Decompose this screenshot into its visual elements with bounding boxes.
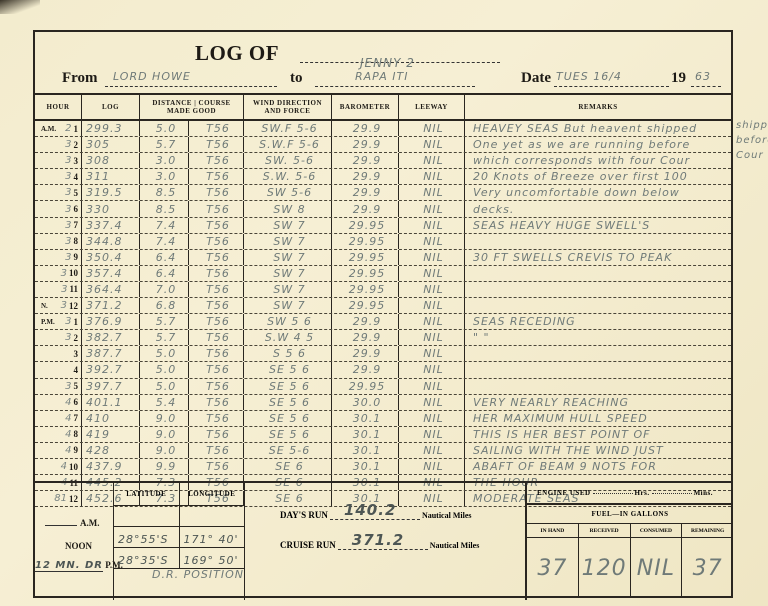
leeway-cell: NIL [399, 395, 465, 410]
margin-note: shipped [736, 120, 768, 131]
distance-cell: 5.0 [140, 346, 189, 361]
page-corner-shadow [0, 0, 40, 14]
hour-cell: 3 10 [35, 266, 82, 281]
barometer-cell: 29.9 [332, 362, 399, 377]
leeway-cell: NIL [399, 234, 465, 249]
log-cell: 419 [82, 427, 140, 442]
course-cell: T56 [189, 201, 244, 216]
position-table: LATITUDE LONGITUDE 28°55'S 171° 40' 28°3… [113, 483, 245, 600]
margin-note: before [736, 135, 768, 146]
hour-cell: 3 2 [35, 330, 82, 345]
vessel-name: JENNY 2 [360, 56, 415, 70]
table-row: P.M. 3 1 376.9 5.7 T56 SW 5 6 29.9 NIL S… [35, 314, 731, 330]
course-cell: T56 [189, 346, 244, 361]
leeway-cell: NIL [399, 411, 465, 426]
distance-cell: 3.0 [140, 169, 189, 184]
table-row: 3 6 330 8.5 T56 SW 8 29.9 NIL decks. [35, 201, 731, 217]
table-row: 3 2 382.7 5.7 T56 S.W 4 5 29.9 NIL " " [35, 330, 731, 346]
leeway-cell: NIL [399, 185, 465, 200]
distance-cell: 6.4 [140, 250, 189, 265]
table-row: N. 3 12 371.2 6.8 T56 SW 7 29.95 NIL [35, 298, 731, 314]
course-cell: T56 [189, 153, 244, 168]
log-cell: 311 [82, 169, 140, 184]
hour-cell: 3 11 [35, 282, 82, 297]
wind-cell: SW 7 [244, 218, 332, 233]
leeway-cell: NIL [399, 250, 465, 265]
table-row: 3 11 364.4 7.0 T56 SW 7 29.95 NIL [35, 282, 731, 298]
position-row-noon: 28°55'S 171° 40' [114, 527, 244, 548]
leeway-cell: NIL [399, 282, 465, 297]
remarks-cell: which corresponds with four Cour [465, 153, 731, 168]
table-row: 4 7 410 9.0 T56 SE 5 6 30.1 NIL HER MAXI… [35, 411, 731, 427]
hour-cell: P.M. 3 1 [35, 314, 82, 329]
wind-cell: S.W. 5-6 [244, 169, 332, 184]
table-row: 4 10 437.9 9.9 T56 SE 6 30.1 NIL ABAFT O… [35, 459, 731, 475]
distance-cell: 5.7 [140, 330, 189, 345]
distance-cell: 9.0 [140, 427, 189, 442]
remarks-cell: THIS IS HER BEST POINT OF [465, 427, 731, 442]
barometer-cell: 29.95 [332, 250, 399, 265]
hour-cell: 4 10 [35, 459, 82, 474]
table-body: A.M. 2 1 299.3 5.0 T56 SW.F 5-6 29.9 NIL… [35, 121, 731, 507]
leeway-cell: NIL [399, 298, 465, 313]
distance-cell: 6.8 [140, 298, 189, 313]
remarks-cell: HEAVEY SEAS But heavent shipped [465, 121, 731, 136]
leeway-cell: NIL [399, 459, 465, 474]
wind-cell: SW 5 6 [244, 314, 332, 329]
fuel-headers: IN HAND RECEIVED CONSUMED REMAINING [527, 524, 733, 538]
log-cell: 371.2 [82, 298, 140, 313]
barometer-cell: 29.95 [332, 298, 399, 313]
margin-note: Cour [736, 150, 764, 161]
distance-cell: 9.0 [140, 411, 189, 426]
wind-cell: SE 5 6 [244, 427, 332, 442]
course-cell: T56 [189, 443, 244, 458]
leeway-cell: NIL [399, 121, 465, 136]
barometer-cell: 29.9 [332, 185, 399, 200]
wind-cell: SW 7 [244, 282, 332, 297]
remarks-cell: SEAS HEAVY HUGE SWELL'S [465, 218, 731, 233]
table-row: 3 7 337.4 7.4 T56 SW 7 29.95 NIL SEAS HE… [35, 218, 731, 234]
table-row: A.M. 2 1 299.3 5.0 T56 SW.F 5-6 29.9 NIL… [35, 121, 731, 137]
wind-cell: SW 7 [244, 266, 332, 281]
hour-cell: 3 4 [35, 169, 82, 184]
course-cell: T56 [189, 218, 244, 233]
days-run-value: 140.2 [344, 501, 396, 519]
table-row: 3 3 308 3.0 T56 SW. 5-6 29.9 NIL which c… [35, 153, 731, 169]
log-cell: 319.5 [82, 185, 140, 200]
table-row: 4 9 428 9.0 T56 SE 5-6 30.1 NIL SAILING … [35, 443, 731, 459]
barometer-cell: 30.1 [332, 411, 399, 426]
remarks-cell [465, 362, 731, 377]
barometer-cell: 29.9 [332, 153, 399, 168]
fuel-received: 120 [579, 538, 631, 598]
leeway-cell: NIL [399, 330, 465, 345]
course-cell: T56 [189, 298, 244, 313]
position-row-pm: 28°35'S 169° 50' [114, 548, 244, 569]
distance-cell: 9.9 [140, 459, 189, 474]
noon-latitude: 28°55'S [114, 527, 180, 547]
course-cell: T56 [189, 121, 244, 136]
table-row: 4 392.7 5.0 T56 SE 5 6 29.9 NIL [35, 362, 731, 378]
fuel-title: FUEL—IN GALLONS [527, 505, 733, 524]
date-label: Date [521, 70, 551, 87]
hour-cell: 3 8 [35, 234, 82, 249]
hour-cell: N. 3 12 [35, 298, 82, 313]
barometer-cell: 29.9 [332, 330, 399, 345]
log-cell: 410 [82, 411, 140, 426]
log-cell: 344.8 [82, 234, 140, 249]
course-cell: T56 [189, 362, 244, 377]
col-leeway: LEEWAY [399, 95, 465, 119]
leeway-cell: NIL [399, 218, 465, 233]
remarks-cell [465, 282, 731, 297]
col-hour: HOUR [35, 95, 82, 119]
am-label: A.M. [45, 518, 100, 528]
distance-cell: 7.4 [140, 218, 189, 233]
wind-cell: S.W 4 5 [244, 330, 332, 345]
wind-cell: SE 5 6 [244, 395, 332, 410]
remarks-cell: 30 FT SWELLS CREVIS TO PEAK [465, 250, 731, 265]
hour-cell: 3 2 [35, 137, 82, 152]
wind-cell: SW.F 5-6 [244, 121, 332, 136]
barometer-cell: 29.9 [332, 137, 399, 152]
table-header: HOUR LOG DISTANCE | COURSE MADE GOOD WIN… [35, 95, 731, 121]
barometer-cell: 29.95 [332, 234, 399, 249]
leeway-cell: NIL [399, 169, 465, 184]
position-header: LATITUDE LONGITUDE [114, 483, 244, 506]
distance-cell: 8.5 [140, 201, 189, 216]
wind-cell: SE 6 [244, 459, 332, 474]
hour-cell: 3 3 [35, 153, 82, 168]
col-wind: WIND DIRECTION AND FORCE [244, 95, 332, 119]
wind-cell: SW 7 [244, 234, 332, 249]
dr-position-note: D.R. POSITION [152, 568, 244, 581]
log-cell: 357.4 [82, 266, 140, 281]
wind-cell: SW 8 [244, 201, 332, 216]
runs-section: DAY'S RUN 140.2 Nautical Miles CRUISE RU… [243, 483, 525, 600]
wind-cell: SW 7 [244, 250, 332, 265]
leeway-cell: NIL [399, 427, 465, 442]
barometer-cell: 29.9 [332, 346, 399, 361]
date-value: TUES 16/4 [556, 70, 622, 83]
days-run: DAY'S RUN 140.2 Nautical Miles [280, 505, 471, 520]
from-field: LORD HOWE [105, 72, 277, 87]
wind-cell: SW 7 [244, 298, 332, 313]
table-row: 3 5 319.5 8.5 T56 SW 5-6 29.9 NIL Very u… [35, 185, 731, 201]
log-cell: 437.9 [82, 459, 140, 474]
year-value: 63 [695, 70, 711, 83]
log-cell: 387.7 [82, 346, 140, 361]
remarks-cell: decks. [465, 201, 731, 216]
course-cell: T56 [189, 411, 244, 426]
leeway-cell: NIL [399, 153, 465, 168]
remarks-cell [465, 234, 731, 249]
fuel-consumed: NIL [631, 538, 683, 598]
leeway-cell: NIL [399, 137, 465, 152]
remarks-cell: ABAFT OF BEAM 9 NOTS FOR [465, 459, 731, 474]
summary-section: A.M. NOON 12 MN. DR P.M. LATITUDE LONGIT… [35, 481, 731, 598]
year-prefix: 19 [671, 70, 686, 87]
wind-cell: S 5 6 [244, 346, 332, 361]
barometer-cell: 30.1 [332, 443, 399, 458]
to-value: RAPA ITI [355, 70, 408, 83]
course-cell: T56 [189, 427, 244, 442]
remarks-cell: " " [465, 330, 731, 345]
course-cell: T56 [189, 185, 244, 200]
table-row: 3 387.7 5.0 T56 S 5 6 29.9 NIL [35, 346, 731, 362]
barometer-cell: 30.1 [332, 459, 399, 474]
wind-cell: S.W.F 5-6 [244, 137, 332, 152]
hour-cell: 4 8 [35, 427, 82, 442]
col-log: LOG [82, 95, 140, 119]
cruise-run-value: 371.2 [352, 531, 404, 549]
log-cell: 308 [82, 153, 140, 168]
hour-cell: 3 7 [35, 218, 82, 233]
log-cell: 397.7 [82, 379, 140, 394]
remarks-cell [465, 298, 731, 313]
course-cell: T56 [189, 234, 244, 249]
fuel-values: 37 120 NIL 37 [527, 538, 733, 598]
barometer-cell: 29.9 [332, 314, 399, 329]
wind-cell: SW 5-6 [244, 185, 332, 200]
distance-cell: 5.7 [140, 314, 189, 329]
remarks-cell: 20 Knots of Breeze over first 100 [465, 169, 731, 184]
hour-cell: 3 5 [35, 185, 82, 200]
pm-longitude: 169° 50' [180, 548, 245, 568]
distance-cell: 7.0 [140, 282, 189, 297]
log-cell: 299.3 [82, 121, 140, 136]
hour-cell: 3 [35, 346, 82, 361]
wind-cell: SE 5 6 [244, 379, 332, 394]
hour-cell: 3 6 [35, 201, 82, 216]
barometer-cell: 30.1 [332, 427, 399, 442]
hour-cell: 4 6 [35, 395, 82, 410]
remarks-cell: One yet as we are running before [465, 137, 731, 152]
hour-cell: 3 9 [35, 250, 82, 265]
log-cell: 337.4 [82, 218, 140, 233]
table-row: 3 2 305 5.7 T56 S.W.F 5-6 29.9 NIL One y… [35, 137, 731, 153]
table-row: 4 8 419 9.0 T56 SE 5 6 30.1 NIL THIS IS … [35, 427, 731, 443]
log-cell: 305 [82, 137, 140, 152]
course-cell: T56 [189, 330, 244, 345]
col-barometer: BAROMETER [332, 95, 399, 119]
leeway-cell: NIL [399, 443, 465, 458]
distance-cell: 5.0 [140, 362, 189, 377]
log-cell: 392.7 [82, 362, 140, 377]
log-sheet: LOG OF JENNY 2 From LORD HOWE to RAPA IT… [33, 30, 733, 598]
distance-cell: 9.0 [140, 443, 189, 458]
table-row: 3 9 350.4 6.4 T56 SW 7 29.95 NIL 30 FT S… [35, 250, 731, 266]
table-row: 3 5 397.7 5.0 T56 SE 5 6 29.95 NIL [35, 379, 731, 395]
log-cell: 382.7 [82, 330, 140, 345]
distance-cell: 5.0 [140, 121, 189, 136]
course-cell: T56 [189, 137, 244, 152]
distance-cell: 7.4 [140, 234, 189, 249]
barometer-cell: 29.9 [332, 201, 399, 216]
table-row: 3 4 311 3.0 T56 S.W. 5-6 29.9 NIL 20 Kno… [35, 169, 731, 185]
log-cell: 364.4 [82, 282, 140, 297]
wind-cell: SE 5 6 [244, 411, 332, 426]
hour-cell: A.M. 2 1 [35, 121, 82, 136]
fuel-remaining: 37 [682, 538, 733, 598]
course-cell: T56 [189, 169, 244, 184]
year-field: 63 [691, 72, 721, 87]
distance-cell: 5.7 [140, 137, 189, 152]
noon-label: NOON [65, 541, 92, 551]
log-cell: 428 [82, 443, 140, 458]
date-field: TUES 16/4 [554, 72, 669, 87]
hour-cell: 3 5 [35, 379, 82, 394]
course-cell: T56 [189, 395, 244, 410]
distance-cell: 6.4 [140, 266, 189, 281]
remarks-cell: VERY NEARLY REACHING [465, 395, 731, 410]
course-cell: T56 [189, 266, 244, 281]
pm-label: 12 MN. DR P.M. [35, 560, 123, 571]
course-cell: T56 [189, 314, 244, 329]
position-row-am [114, 506, 244, 527]
course-cell: T56 [189, 459, 244, 474]
hour-cell: 4 [35, 362, 82, 377]
to-field: RAPA ITI [315, 72, 475, 87]
barometer-cell: 29.95 [332, 282, 399, 297]
leeway-cell: NIL [399, 379, 465, 394]
distance-cell: 5.4 [140, 395, 189, 410]
hour-cell: 4 7 [35, 411, 82, 426]
log-cell: 330 [82, 201, 140, 216]
col-remarks: REMARKS [465, 95, 731, 119]
engine-used: ENGINE USEDHrs.Mins. [527, 483, 733, 505]
cruise-run: CRUISE RUN 371.2 Nautical Miles [280, 535, 479, 550]
remarks-cell [465, 379, 731, 394]
page-title: LOG OF [195, 41, 279, 66]
leeway-cell: NIL [399, 314, 465, 329]
course-cell: T56 [189, 250, 244, 265]
remarks-cell: SEAS RECEDING [465, 314, 731, 329]
course-cell: T56 [189, 379, 244, 394]
remarks-cell [465, 266, 731, 281]
remarks-cell: HER MAXIMUM HULL SPEED [465, 411, 731, 426]
wind-cell: SW. 5-6 [244, 153, 332, 168]
barometer-cell: 29.95 [332, 218, 399, 233]
course-cell: T56 [189, 282, 244, 297]
log-cell: 376.9 [82, 314, 140, 329]
wind-cell: SE 5 6 [244, 362, 332, 377]
hour-cell: 4 9 [35, 443, 82, 458]
wind-cell: SE 5-6 [244, 443, 332, 458]
distance-cell: 8.5 [140, 185, 189, 200]
leeway-cell: NIL [399, 362, 465, 377]
barometer-cell: 29.95 [332, 379, 399, 394]
barometer-cell: 30.0 [332, 395, 399, 410]
barometer-cell: 29.9 [332, 121, 399, 136]
distance-cell: 5.0 [140, 379, 189, 394]
table-row: 3 8 344.8 7.4 T56 SW 7 29.95 NIL [35, 234, 731, 250]
pm-latitude: 28°35'S [114, 548, 180, 568]
table-row: 4 6 401.1 5.4 T56 SE 5 6 30.0 NIL VERY N… [35, 395, 731, 411]
log-cell: 401.1 [82, 395, 140, 410]
remarks-cell [465, 346, 731, 361]
leeway-cell: NIL [399, 346, 465, 361]
fuel-in-hand: 37 [527, 538, 579, 598]
distance-cell: 3.0 [140, 153, 189, 168]
table-row: 3 10 357.4 6.4 T56 SW 7 29.95 NIL [35, 266, 731, 282]
leeway-cell: NIL [399, 201, 465, 216]
log-cell: 350.4 [82, 250, 140, 265]
remarks-cell: Very uncomfortable down below [465, 185, 731, 200]
log-table: HOUR LOG DISTANCE | COURSE MADE GOOD WIN… [35, 93, 731, 507]
engine-fuel-section: ENGINE USEDHrs.Mins. FUEL—IN GALLONS IN … [525, 483, 733, 600]
to-label: to [290, 70, 303, 87]
vessel-name-line: JENNY 2 [300, 62, 500, 63]
barometer-cell: 29.95 [332, 266, 399, 281]
col-distance-course: DISTANCE | COURSE MADE GOOD [140, 95, 244, 119]
from-value: LORD HOWE [113, 70, 191, 83]
remarks-cell: SAILING WITH THE WIND JUST [465, 443, 731, 458]
noon-longitude: 171° 40' [180, 527, 245, 547]
barometer-cell: 29.9 [332, 169, 399, 184]
from-label: From [62, 70, 98, 87]
leeway-cell: NIL [399, 266, 465, 281]
